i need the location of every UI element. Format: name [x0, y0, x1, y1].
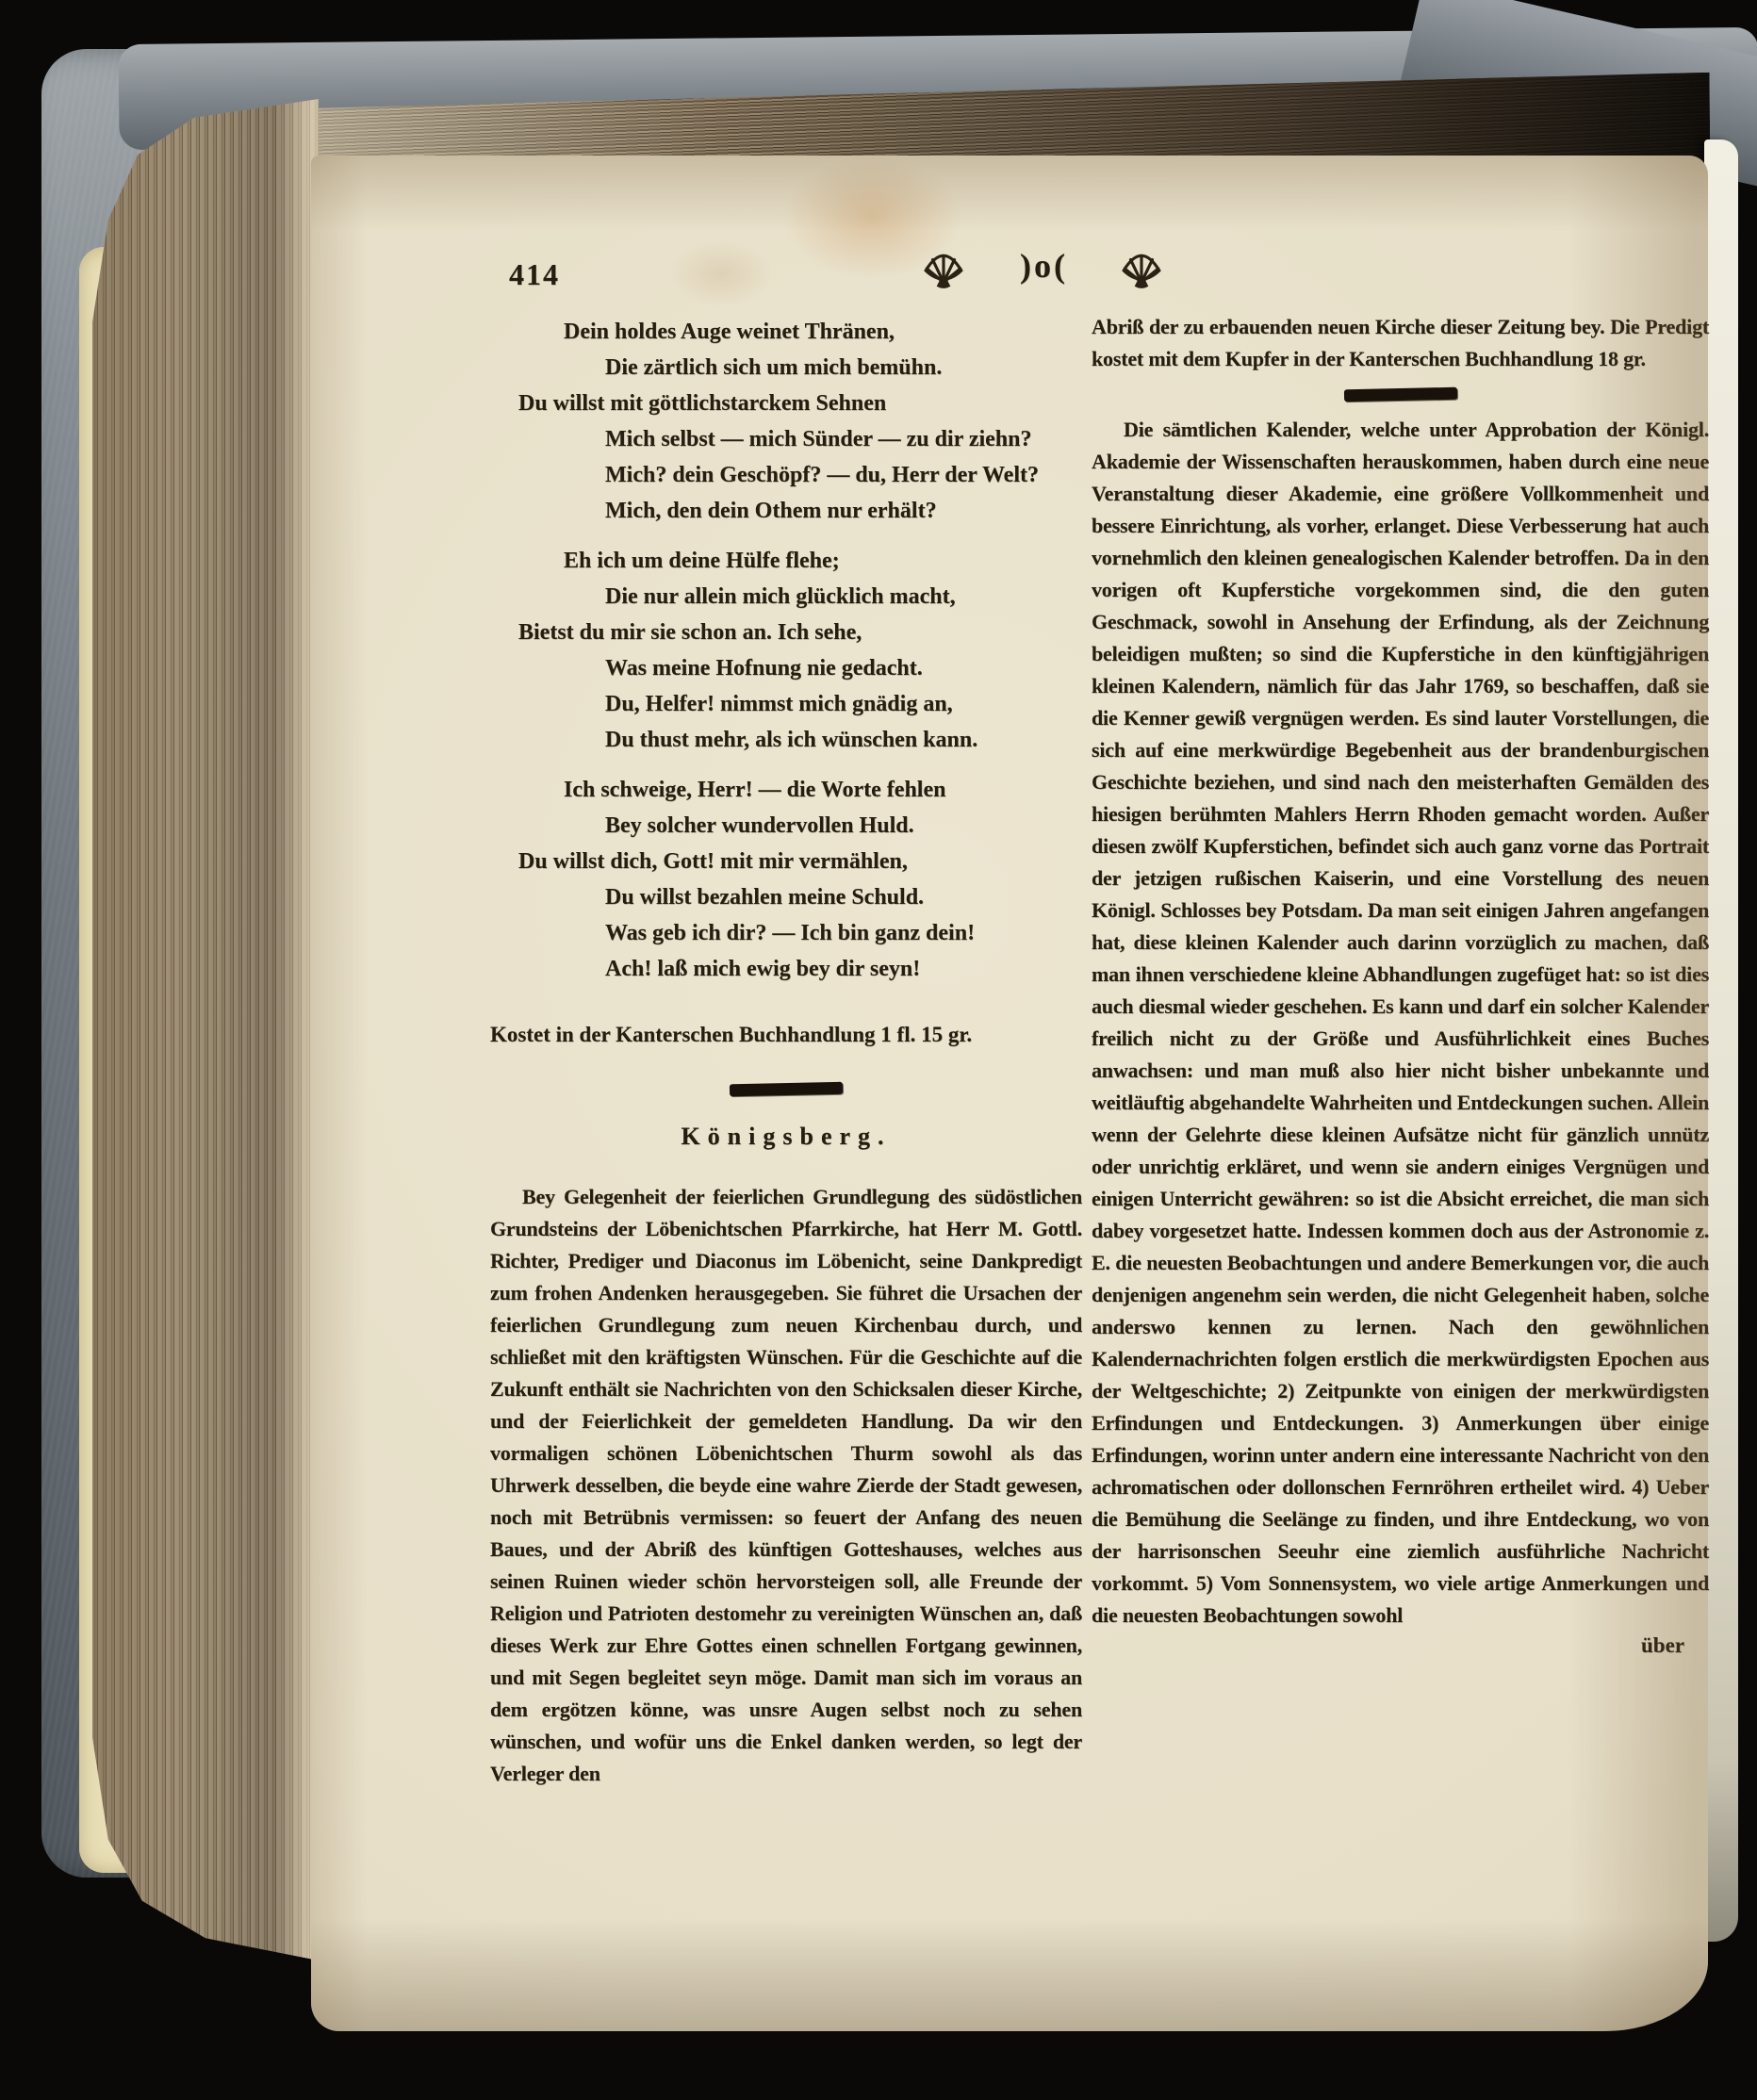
- poem-line: Mich, den dein Othem nur erhält?: [605, 493, 1082, 529]
- section-divider: [730, 1082, 843, 1097]
- poem-line: Du, Helfer! nimmst mich gnädig an,: [605, 686, 1082, 722]
- right-column: Abriß der zu erbauenden neuen Kirche die…: [1092, 311, 1709, 2008]
- poem-line: Du willst mit göttlichstarckem Sehnen: [518, 386, 1082, 421]
- poem-line: Mich selbst — mich Sünder — zu dir ziehn…: [605, 421, 1082, 457]
- poem-line: Bey solcher wundervollen Huld.: [605, 808, 1082, 844]
- poem-stanza: Dein holdes Auge weinet Thränen, Die zär…: [490, 314, 1082, 529]
- poem-line: Ach! laß mich ewig bey dir seyn!: [605, 951, 1082, 987]
- paragraph-koenigsberg: Bey Gelegenheit der feierlichen Grundleg…: [490, 1181, 1082, 1790]
- paragraph-continuation: Abriß der zu erbauenden neuen Kirche die…: [1092, 311, 1709, 375]
- poem-line: Die nur allein mich glücklich macht,: [605, 579, 1082, 615]
- poem-line: Eh ich um deine Hülfe flehe;: [564, 543, 1082, 579]
- page-stack-fore-edge: [92, 99, 319, 1961]
- poem-colophon: Kostet in der Kanterschen Buchhandlung 1…: [490, 1023, 1082, 1047]
- parenthesis-ornament: )o(: [1020, 246, 1068, 286]
- poem-line: Was geb ich dir? — Ich bin ganz dein!: [605, 915, 1082, 951]
- poem-line: Ich schweige, Herr! — die Worte fehlen: [564, 772, 1082, 808]
- book-page: 414 )o(: [311, 156, 1708, 2031]
- shell-ornament-icon: [1120, 250, 1163, 294]
- poem-stanza: Ich schweige, Herr! — die Worte fehlen B…: [490, 772, 1082, 987]
- header-ornament-row: )o(: [311, 246, 1708, 303]
- poem-line: Du thust mehr, als ich wünschen kann.: [605, 722, 1082, 758]
- poem-line: Dein holdes Auge weinet Thränen,: [564, 314, 1082, 350]
- poem: Dein holdes Auge weinet Thränen, Die zär…: [490, 314, 1082, 1001]
- left-column: Dein holdes Auge weinet Thränen, Die zär…: [490, 306, 1082, 1984]
- poem-line: Du willst bezahlen meine Schuld.: [605, 879, 1082, 915]
- book-photo-scene: 414 )o(: [0, 0, 1757, 2100]
- paragraph-kalender: Die sämtlichen Kalender, welche unter Ap…: [1092, 414, 1709, 1632]
- section-heading: Königsberg.: [490, 1123, 1082, 1151]
- facing-page-edge: [1704, 139, 1738, 1942]
- shell-ornament-icon: [922, 250, 965, 294]
- section-divider: [1343, 387, 1456, 402]
- poem-line: Die zärtlich sich um mich bemühn.: [605, 350, 1082, 386]
- poem-stanza: Eh ich um deine Hülfe flehe; Die nur all…: [490, 543, 1082, 758]
- poem-line: Bietst du mir sie schon an. Ich sehe,: [518, 615, 1082, 650]
- catchword: über: [1092, 1633, 1709, 1658]
- poem-line: Mich? dein Geschöpf? — du, Herr der Welt…: [605, 457, 1082, 493]
- poem-line: Was meine Hofnung nie gedacht.: [605, 650, 1082, 686]
- poem-line: Du willst dich, Gott! mit mir vermählen,: [518, 844, 1082, 879]
